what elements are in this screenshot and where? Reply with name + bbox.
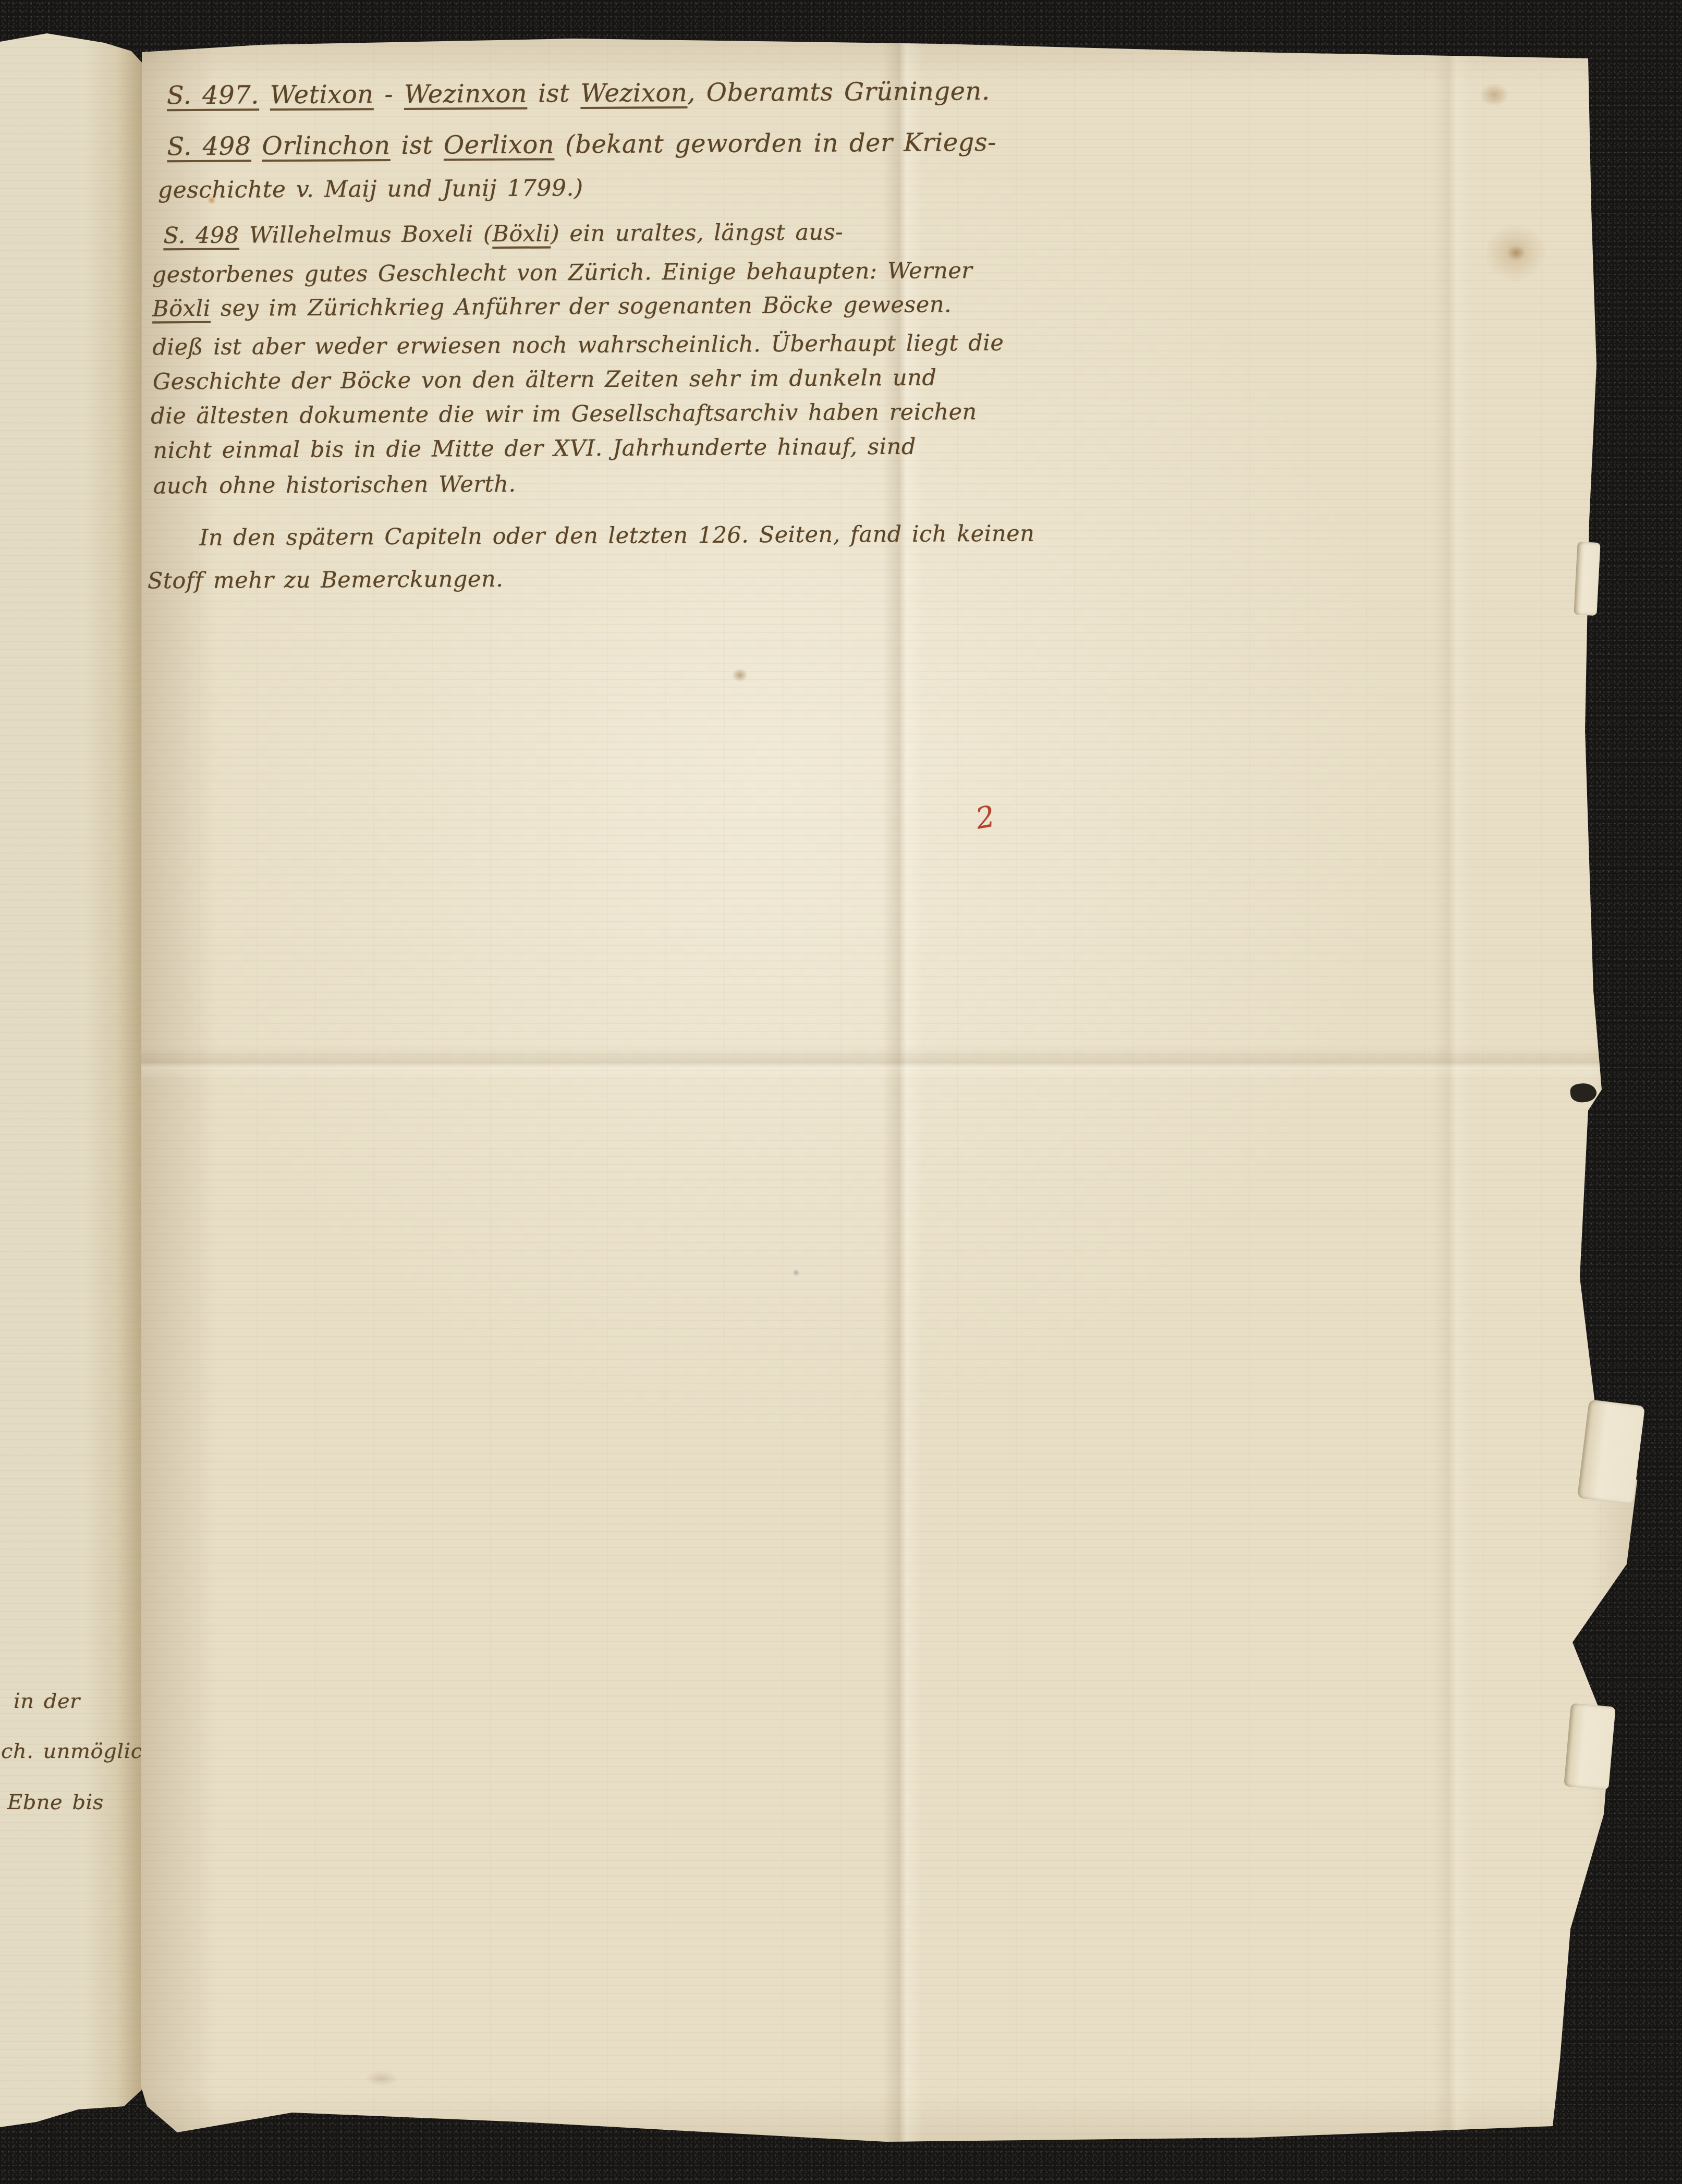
left-page-text-fragment: in der <box>14 1689 80 1713</box>
entry-497-page-ref: S. 497. <box>167 80 259 110</box>
place-name: Wezinxon <box>404 79 528 109</box>
place-name: Wetixon <box>270 80 374 109</box>
word-ist: ist <box>390 130 444 160</box>
entry-498b-line2: gestorbenes gutes Geschlecht von Zürich.… <box>152 258 973 288</box>
entry-498a-cont-text: geschichte v. Maij und Junij 1799.) <box>158 175 583 203</box>
entry-498b-text: Geschichte der Böcke von den ältern Zeit… <box>153 365 937 395</box>
handwritten-text-block: S. 497. Wetixon - Wezinxon ist Wezixon, … <box>134 33 1652 2158</box>
entry-498b-text: nicht einmal bis in die Mitte der XVI. J… <box>153 434 916 464</box>
entry-498a-page-ref: S. 498 <box>167 131 251 161</box>
entry-498b-text: sey im Zürichkrieg Anführer der sogenant… <box>211 291 952 321</box>
entry-498b-line6: die ältesten dokumente die wir im Gesell… <box>151 399 977 429</box>
entry-497-line: S. 497. Wetixon - Wezinxon ist Wezixon, … <box>167 77 990 110</box>
manuscript-page: S. 497. Wetixon - Wezinxon ist Wezixon, … <box>140 38 1647 2154</box>
entry-498b-line7: nicht einmal bis in die Mitte der XVI. J… <box>153 434 916 464</box>
place-name: Oerlixon <box>444 130 555 160</box>
left-page-text-fragment: Ebne bis <box>7 1790 104 1814</box>
entry-498a-continuation: geschichte v. Maij und Junij 1799.) <box>158 175 583 203</box>
entry-498b-line5: Geschichte der Böcke von den ältern Zeit… <box>153 365 937 395</box>
closing-note-text: Stoff mehr zu Bemerckungen. <box>148 566 504 594</box>
entry-498b-line1: S. 498 Willehelmus Boxeli (Böxli) ein ur… <box>163 219 843 249</box>
closing-note-text: In den spätern Capiteln oder den letzten… <box>199 521 1034 551</box>
left-page-text-fragment: ch. unmöglich <box>1 1739 156 1763</box>
entry-498b-text: ) ein uraltes, längst aus- <box>551 219 844 247</box>
place-name: Wezixon <box>580 78 687 108</box>
left-page-edge: in der ch. unmöglich Ebne bis <box>0 0 152 2184</box>
entry-498b-line8: auch ohne historischen Werth. <box>153 471 516 499</box>
entry-498b-text: auch ohne historischen Werth. <box>153 471 516 499</box>
entry-498b-text: die ältesten dokumente die wir im Gesell… <box>151 399 977 429</box>
closing-note-line2: Stoff mehr zu Bemerckungen. <box>148 566 504 594</box>
scanner-background: in der ch. unmöglich Ebne bis S. 497. We… <box>0 0 1682 2184</box>
word-ist: ist <box>527 79 581 108</box>
closing-note-line1: In den spätern Capiteln oder den letzten… <box>199 521 1034 551</box>
entry-498a-tail: (bekant geworden in der Kriegs- <box>554 128 996 159</box>
entry-497-tail: , Oberamts Grüningen. <box>687 77 990 107</box>
family-name: Böxli <box>152 296 211 322</box>
spacer <box>259 80 270 109</box>
family-name: Böxli <box>492 221 551 247</box>
entry-498b-line4: dieß ist aber weder erwiesen noch wahrsc… <box>152 330 1004 361</box>
entry-498b-page-ref: S. 498 <box>163 223 239 249</box>
entry-498b-line3: Böxli sey im Zürichkrieg Anführer der so… <box>152 291 952 322</box>
entry-498b-text: dieß ist aber weder erwiesen noch wahrsc… <box>152 330 1004 361</box>
entry-498a-line: S. 498 Orlinchon ist Oerlixon (bekant ge… <box>167 128 996 161</box>
entry-498b-text: gestorbenes gutes Geschlecht von Zürich.… <box>152 258 973 288</box>
spacer <box>251 131 262 161</box>
place-name: Orlinchon <box>262 131 390 161</box>
dash: - <box>373 80 404 109</box>
entry-498b-text: Willehelmus Boxeli ( <box>239 221 493 249</box>
